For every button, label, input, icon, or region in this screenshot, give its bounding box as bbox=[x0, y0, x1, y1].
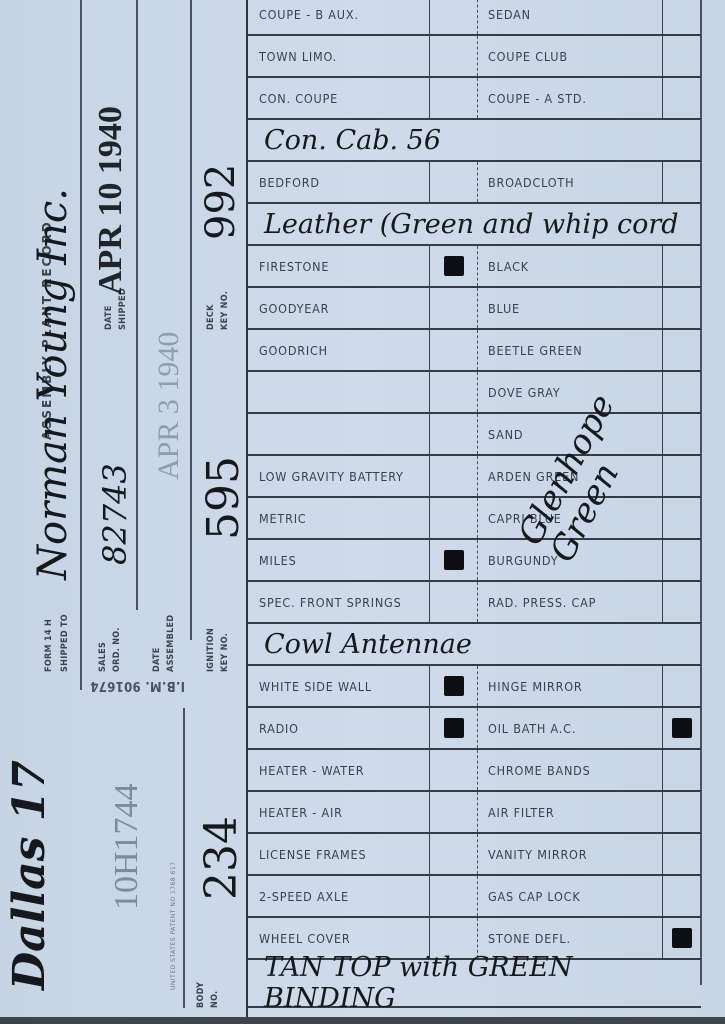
right-option-cell: BROADCLOTH bbox=[478, 162, 663, 202]
left-option-checkbox[interactable] bbox=[430, 246, 478, 286]
right-option-checkbox[interactable] bbox=[663, 456, 701, 496]
right-option-checkbox[interactable] bbox=[663, 540, 701, 580]
left-option-checkbox[interactable] bbox=[430, 708, 478, 748]
table-row: FIRESTONEBLACK bbox=[248, 246, 701, 288]
option-label: RADIO bbox=[259, 721, 299, 736]
option-label: CHROME BANDS bbox=[488, 763, 591, 778]
right-option-cell: SEDAN bbox=[478, 0, 663, 34]
option-label: BROADCLOTH bbox=[488, 175, 574, 190]
left-option-checkbox[interactable] bbox=[430, 876, 478, 916]
left-option-cell: FIRESTONE bbox=[248, 246, 430, 286]
shipped-to-value: Norman Young Inc. bbox=[30, 188, 76, 580]
left-option-cell: GOODRICH bbox=[248, 330, 430, 370]
left-option-checkbox[interactable] bbox=[430, 792, 478, 832]
right-option-cell: COUPE CLUB bbox=[478, 36, 663, 76]
left-option-cell: 2-SPEED AXLE bbox=[248, 876, 430, 916]
right-option-checkbox[interactable] bbox=[663, 162, 701, 202]
handwritten-note: TAN TOP with GREEN BINDING bbox=[248, 952, 701, 1014]
deck-key-label-2: KEY NO. bbox=[220, 291, 230, 330]
table-row: METRICCAPRI BLUE bbox=[248, 498, 701, 540]
sales-ord-label-1: SALES bbox=[98, 642, 108, 672]
assembly-plant-record-card: ASSEMBLY PLANT RECORD FORM 14 H SHIPPED … bbox=[0, 0, 725, 1024]
right-option-cell: VANITY MIRROR bbox=[478, 834, 663, 874]
deck-key-value: 992 bbox=[198, 164, 244, 240]
table-row: COUPE - B AUX.SEDAN bbox=[248, 0, 701, 36]
option-label: COUPE CLUB bbox=[488, 49, 568, 64]
table-row: 2-SPEED AXLEGAS CAP LOCK bbox=[248, 876, 701, 918]
option-label: COUPE - A STD. bbox=[488, 91, 587, 106]
option-label: BEETLE GREEN bbox=[488, 343, 582, 358]
table-row: WHITE SIDE WALLHINGE MIRROR bbox=[248, 666, 701, 708]
date-assembled-label-2: ASSEMBLED bbox=[166, 615, 176, 672]
left-option-checkbox[interactable] bbox=[430, 834, 478, 874]
option-label: 2-SPEED AXLE bbox=[259, 889, 349, 904]
ignition-key-label-2: KEY NO. bbox=[220, 633, 230, 672]
right-option-cell: GAS CAP LOCK bbox=[478, 876, 663, 916]
option-label: BLUE bbox=[488, 301, 520, 316]
left-option-cell: BEDFORD bbox=[248, 162, 430, 202]
left-option-cell: COUPE - B AUX. bbox=[248, 0, 430, 34]
right-option-checkbox[interactable] bbox=[663, 792, 701, 832]
option-label: MILES bbox=[259, 553, 297, 568]
option-label: METRIC bbox=[259, 511, 306, 526]
left-option-checkbox[interactable] bbox=[430, 162, 478, 202]
date-shipped-label-1: DATE bbox=[104, 305, 114, 330]
patent-note: UNITED STATES PATENT NO 1768 617 bbox=[170, 861, 177, 990]
option-label: BEDFORD bbox=[259, 175, 320, 190]
left-option-checkbox[interactable] bbox=[430, 582, 478, 622]
table-row: CON. COUPECOUPE - A STD. bbox=[248, 78, 701, 120]
left-option-cell: HEATER - WATER bbox=[248, 750, 430, 790]
option-label: STONE DEFL. bbox=[488, 931, 571, 946]
table-row: Leather (Green and whip cord bbox=[248, 204, 701, 246]
left-option-cell: MILES bbox=[248, 540, 430, 580]
left-option-checkbox[interactable] bbox=[430, 456, 478, 496]
option-label: GOODYEAR bbox=[259, 301, 329, 316]
right-option-checkbox[interactable] bbox=[663, 834, 701, 874]
right-option-cell: BLACK bbox=[478, 246, 663, 286]
right-option-cell: RAD. PRESS. CAP bbox=[478, 582, 663, 622]
serial-stamp: 10H1744 bbox=[108, 783, 146, 910]
right-option-checkbox[interactable] bbox=[663, 708, 701, 748]
left-option-checkbox[interactable] bbox=[430, 414, 478, 454]
option-label: HINGE MIRROR bbox=[488, 679, 582, 694]
right-option-checkbox[interactable] bbox=[663, 414, 701, 454]
option-label: LOW GRAVITY BATTERY bbox=[259, 469, 404, 484]
body-no-label-1: BODY bbox=[196, 982, 206, 1008]
table-row: TOWN LIMO.COUPE CLUB bbox=[248, 36, 701, 78]
divider-date-assembled bbox=[190, 0, 192, 640]
date-assembled-value: APR 3 1940 bbox=[152, 332, 186, 480]
left-option-checkbox[interactable] bbox=[430, 78, 478, 118]
option-label: HEATER - WATER bbox=[259, 763, 364, 778]
option-label: AIR FILTER bbox=[488, 805, 555, 820]
check-mark-icon bbox=[444, 550, 464, 570]
right-option-checkbox[interactable] bbox=[663, 750, 701, 790]
table-row: HEATER - WATERCHROME BANDS bbox=[248, 750, 701, 792]
left-option-checkbox[interactable] bbox=[430, 0, 478, 34]
option-label: SEDAN bbox=[488, 7, 531, 22]
left-option-cell: LOW GRAVITY BATTERY bbox=[248, 456, 430, 496]
option-label: RAD. PRESS. CAP bbox=[488, 595, 596, 610]
option-label: OIL BATH A.C. bbox=[488, 721, 576, 736]
option-label: VANITY MIRROR bbox=[488, 847, 587, 862]
option-label: GAS CAP LOCK bbox=[488, 889, 581, 904]
left-option-cell: CON. COUPE bbox=[248, 78, 430, 118]
option-label: SPEC. FRONT SPRINGS bbox=[259, 595, 402, 610]
sales-ord-label-2: ORD. NO. bbox=[112, 627, 122, 672]
right-option-cell: COUPE - A STD. bbox=[478, 78, 663, 118]
handwritten-note: Con. Cab. 56 bbox=[248, 125, 441, 156]
left-option-checkbox[interactable] bbox=[430, 36, 478, 76]
table-row: HEATER - AIRAIR FILTER bbox=[248, 792, 701, 834]
option-label: HEATER - AIR bbox=[259, 805, 343, 820]
left-option-checkbox[interactable] bbox=[430, 498, 478, 538]
left-option-checkbox[interactable] bbox=[430, 372, 478, 412]
left-option-cell bbox=[248, 414, 430, 454]
left-option-checkbox[interactable] bbox=[430, 540, 478, 580]
table-row: LICENSE FRAMESVANITY MIRROR bbox=[248, 834, 701, 876]
divider-shipped-to bbox=[80, 0, 82, 690]
left-option-checkbox[interactable] bbox=[430, 750, 478, 790]
left-option-checkbox[interactable] bbox=[430, 330, 478, 370]
left-option-cell: METRIC bbox=[248, 498, 430, 538]
option-label: WHEEL COVER bbox=[259, 931, 351, 946]
table-row: TAN TOP with GREEN BINDING bbox=[248, 960, 701, 1008]
handwritten-note: Cowl Antennae bbox=[248, 629, 472, 660]
option-label: BURGUNDY bbox=[488, 553, 558, 568]
table-row: Cowl Antennae bbox=[248, 624, 701, 666]
body-no-value: 234 bbox=[196, 816, 247, 900]
ignition-key-label-1: IGNITION bbox=[206, 628, 216, 672]
table-row: Con. Cab. 56 bbox=[248, 120, 701, 162]
check-mark-icon bbox=[672, 928, 692, 948]
date-assembled-label-1: DATE bbox=[152, 647, 162, 672]
left-option-cell: WHITE SIDE WALL bbox=[248, 666, 430, 706]
table-row: SPEC. FRONT SPRINGSRAD. PRESS. CAP bbox=[248, 582, 701, 624]
right-option-checkbox[interactable] bbox=[663, 876, 701, 916]
right-option-cell: CHROME BANDS bbox=[478, 750, 663, 790]
left-option-checkbox[interactable] bbox=[430, 288, 478, 328]
left-option-cell: GOODYEAR bbox=[248, 288, 430, 328]
handwritten-note: Leather (Green and whip cord bbox=[248, 209, 679, 240]
right-option-cell: AIR FILTER bbox=[478, 792, 663, 832]
left-option-cell: RADIO bbox=[248, 708, 430, 748]
left-option-cell: TOWN LIMO. bbox=[248, 36, 430, 76]
option-label: CON. COUPE bbox=[259, 91, 338, 106]
left-option-checkbox[interactable] bbox=[430, 666, 478, 706]
left-option-cell: LICENSE FRAMES bbox=[248, 834, 430, 874]
right-option-checkbox[interactable] bbox=[663, 666, 701, 706]
check-mark-icon bbox=[444, 718, 464, 738]
option-label: LICENSE FRAMES bbox=[259, 847, 366, 862]
option-label: WHITE SIDE WALL bbox=[259, 679, 372, 694]
table-row: RADIOOIL BATH A.C. bbox=[248, 708, 701, 750]
option-label: GOODRICH bbox=[259, 343, 328, 358]
left-option-cell bbox=[248, 372, 430, 412]
card-bottom-edge bbox=[0, 1017, 725, 1024]
check-mark-icon bbox=[444, 256, 464, 276]
divider-sales-ord bbox=[136, 0, 138, 610]
left-option-cell: HEATER - AIR bbox=[248, 792, 430, 832]
date-shipped-value: APR 10 1940 bbox=[92, 106, 130, 295]
left-option-cell: SPEC. FRONT SPRINGS bbox=[248, 582, 430, 622]
form-number: FORM 14 H bbox=[44, 619, 54, 672]
body-no-label-2: NO. bbox=[210, 991, 220, 1008]
right-option-checkbox[interactable] bbox=[663, 0, 701, 34]
sales-ord-value: 82743 bbox=[96, 463, 134, 565]
check-mark-icon bbox=[444, 676, 464, 696]
table-row: BEDFORDBROADCLOTH bbox=[248, 162, 701, 204]
table-row: MILESBURGUNDY bbox=[248, 540, 701, 582]
right-option-checkbox[interactable] bbox=[663, 498, 701, 538]
right-option-cell: OIL BATH A.C. bbox=[478, 708, 663, 748]
ignition-key-value: 595 bbox=[198, 456, 249, 540]
table-row: LOW GRAVITY BATTERYARDEN GREEN bbox=[248, 456, 701, 498]
option-label: FIRESTONE bbox=[259, 259, 329, 274]
option-label: DOVE GRAY bbox=[488, 385, 560, 400]
right-option-checkbox[interactable] bbox=[663, 36, 701, 76]
deck-key-label-1: DECK bbox=[206, 304, 216, 330]
option-label: TOWN LIMO. bbox=[259, 49, 337, 64]
right-option-checkbox[interactable] bbox=[663, 246, 701, 286]
option-label: SAND bbox=[488, 427, 523, 442]
destination-value: Dallas 17 bbox=[4, 760, 55, 990]
option-label: COUPE - B AUX. bbox=[259, 7, 359, 22]
right-option-checkbox[interactable] bbox=[663, 78, 701, 118]
check-mark-icon bbox=[672, 718, 692, 738]
printer-mark: I.B.M. 901674 bbox=[90, 680, 185, 690]
divider-body bbox=[183, 708, 185, 1008]
right-option-checkbox[interactable] bbox=[663, 582, 701, 622]
right-option-cell: HINGE MIRROR bbox=[478, 666, 663, 706]
option-label: BLACK bbox=[488, 259, 529, 274]
shipped-to-label: SHIPPED TO bbox=[60, 614, 70, 672]
